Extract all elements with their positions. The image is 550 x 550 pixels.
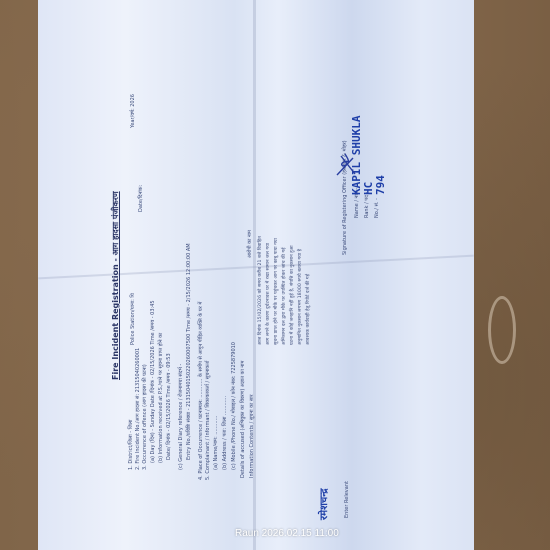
date-label: Date/दिनांक: — [138, 185, 144, 212]
field-item: (b) Address / पता: जिला ............ — [222, 396, 228, 470]
field-item: 5. Complainant / Informant / शिकायतकर्ता… — [205, 361, 211, 480]
summary-line: आज दिनांक 15/02/2026 को समय करीब 21 बजे … — [257, 236, 263, 345]
year-label: Year/वर्ष: 2026 — [130, 94, 136, 128]
field-item: (a) Name/नाम: ............ — [213, 416, 219, 470]
summary-line: आवश्यक कार्यवाही हेतु रिपोर्ट दर्ज की गई — [305, 274, 311, 345]
fire-incident-document: Fire Incident Registration - आग हादसा पं… — [38, 0, 474, 550]
summary-line: अग्निशमन दल द्वारा मौके पर उपस्थित होकर … — [281, 247, 287, 345]
camera-timestamp-overlay: Raun 2026.02.15 11:00 — [235, 528, 339, 539]
field-item: 1. District/जिला - जिला — [128, 420, 134, 470]
field-item: Details of accused (अभियुक्त का विवरण) अ… — [240, 361, 246, 478]
officer-no-handwritten: 794 — [374, 175, 387, 195]
officer-signature-scribble — [335, 150, 357, 180]
field-item: 4. Place of Occurrence / घटनास्थल: .....… — [198, 302, 204, 480]
police-station-label: Police Station/थाना: थि — [130, 293, 136, 345]
summary-heading: आरोपी का नाम — [247, 230, 253, 258]
field-item: Entry No./प्रविष्टि संख्या - 21315040150… — [186, 243, 192, 460]
summary-line: सूचना प्राप्त होने पर मौके पर पहुंचकर आग… — [273, 238, 279, 345]
officer-rank-label: Rank / पद - — [364, 192, 370, 218]
complainant-signature: रमेशचन्द्र — [316, 488, 330, 520]
field-item: Information Contents / सूचना का सार — [249, 394, 255, 478]
officer-no-label: No./ सं. - — [374, 198, 380, 218]
summary-line: आग लगने के कारण दुर्घटनावश घर में रखा सा… — [265, 243, 271, 345]
summary-line: घटना में कोई जनहानि नहीं हुई है, संपत्ति… — [289, 245, 295, 345]
field-item: (b) Information received at P.S./थाने पर… — [158, 333, 164, 463]
field-item: 3. Occurrence of offence (आग हादसा की घट… — [142, 364, 148, 470]
field-item: (a) Day (दिन) - Sunday Date /दिनांक - 02… — [150, 300, 156, 463]
field-item: Date/ दिनांक - 02/15/2026 Time /समय - 09… — [166, 353, 172, 460]
field-item: (c) General Diary reference / रोजनामचा स… — [178, 364, 184, 470]
field-item: (c) Mobile /Phone No./ मोबाइल / फ़ोन नंब… — [231, 342, 237, 470]
summary-line: अनुमानित नुकसान लगभग 18000 रुपये बताया ग… — [297, 249, 303, 345]
surface-stain — [488, 296, 516, 364]
document-title: Fire Incident Registration - आग हादसा पं… — [110, 191, 121, 380]
field-item: 2. Fire Incident No./आग हादसा सं: 213150… — [135, 348, 141, 470]
complainant-signature-label: Enter Relevant — [344, 481, 350, 518]
